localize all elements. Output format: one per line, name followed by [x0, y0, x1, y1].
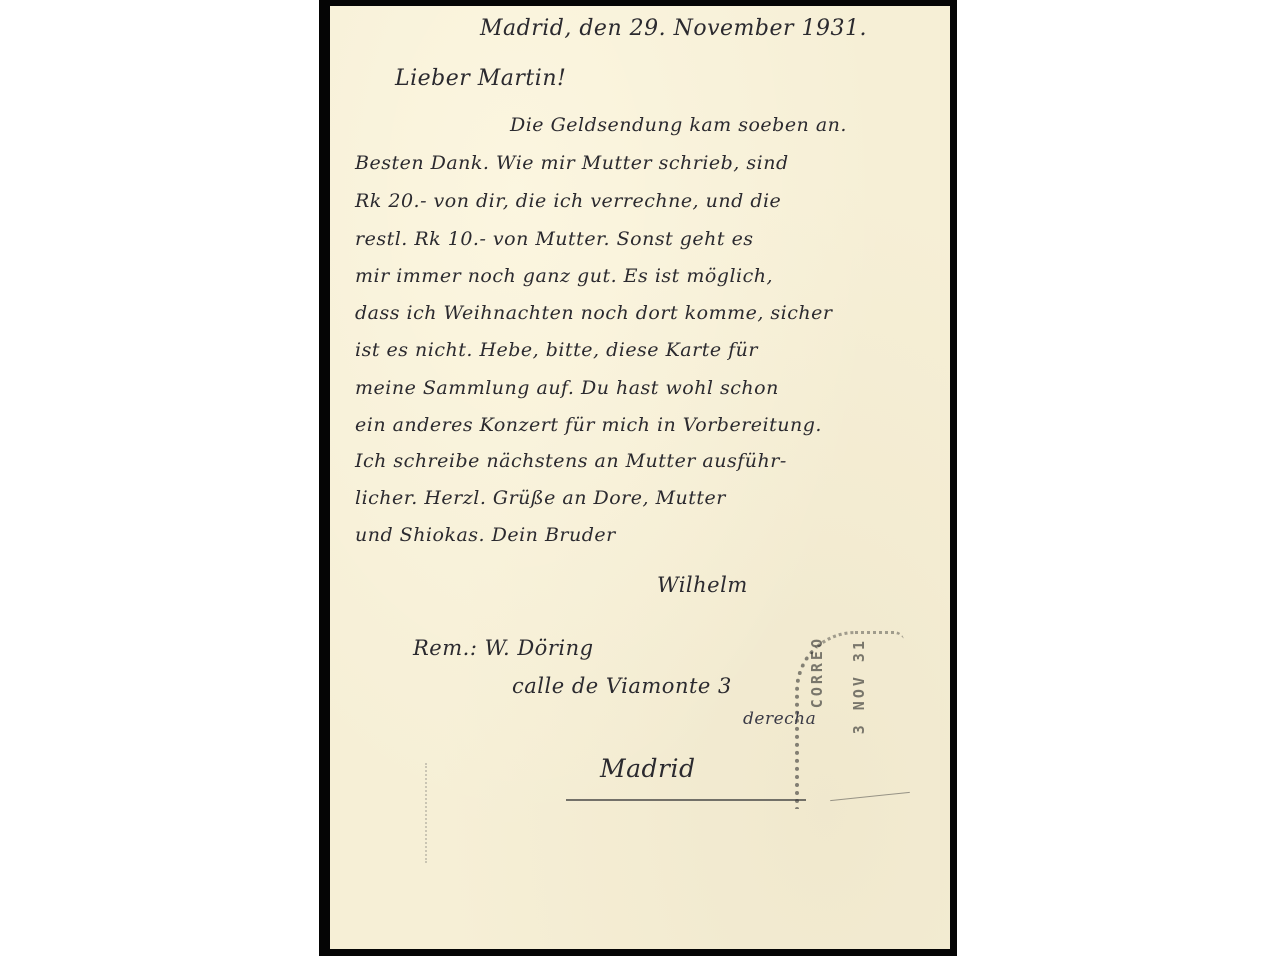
- salutation: Lieber Martin!: [395, 66, 566, 91]
- body-line: Die Geldsendung kam soeben an.: [510, 114, 847, 136]
- postmark-text: CORREO: [808, 636, 826, 708]
- body-line: ist es nicht. Hebe, bitte, diese Karte f…: [355, 339, 758, 361]
- body-line: ein anderes Konzert für mich in Vorberei…: [355, 414, 822, 436]
- body-line: und Shiokas. Dein Bruder: [355, 524, 616, 546]
- sender-street: calle de Viamonte 3: [512, 674, 732, 698]
- body-line: licher. Herzl. Grüße an Dore, Mutter: [355, 487, 726, 509]
- body-line: restl. Rk 10.- von Mutter. Sonst geht es: [355, 228, 754, 250]
- body-line: Besten Dank. Wie mir Mutter schrieb, sin…: [355, 152, 789, 174]
- body-line: Ich schreibe nächstens an Mutter ausführ…: [355, 450, 787, 472]
- sender-city: Madrid: [600, 754, 695, 783]
- postmark-date: 3 NOV 31: [850, 638, 868, 734]
- faint-show-through-mark: [425, 763, 429, 863]
- city-underline: [566, 799, 806, 801]
- signature: Wilhelm: [657, 573, 748, 597]
- body-line: dass ich Weihnachten noch dort komme, si…: [355, 302, 832, 324]
- sender-name: Rem.: W. Döring: [413, 636, 594, 660]
- postcard: Madrid, den 29. November 1931. Lieber Ma…: [330, 6, 950, 949]
- body-line: Rk 20.- von dir, die ich verrechne, und …: [355, 190, 781, 212]
- dateline: Madrid, den 29. November 1931.: [480, 16, 867, 41]
- body-line: meine Sammlung auf. Du hast wohl schon: [355, 377, 779, 399]
- body-line: mir immer noch ganz gut. Es ist möglich,: [355, 265, 773, 287]
- sender-floor: derecha: [743, 709, 816, 729]
